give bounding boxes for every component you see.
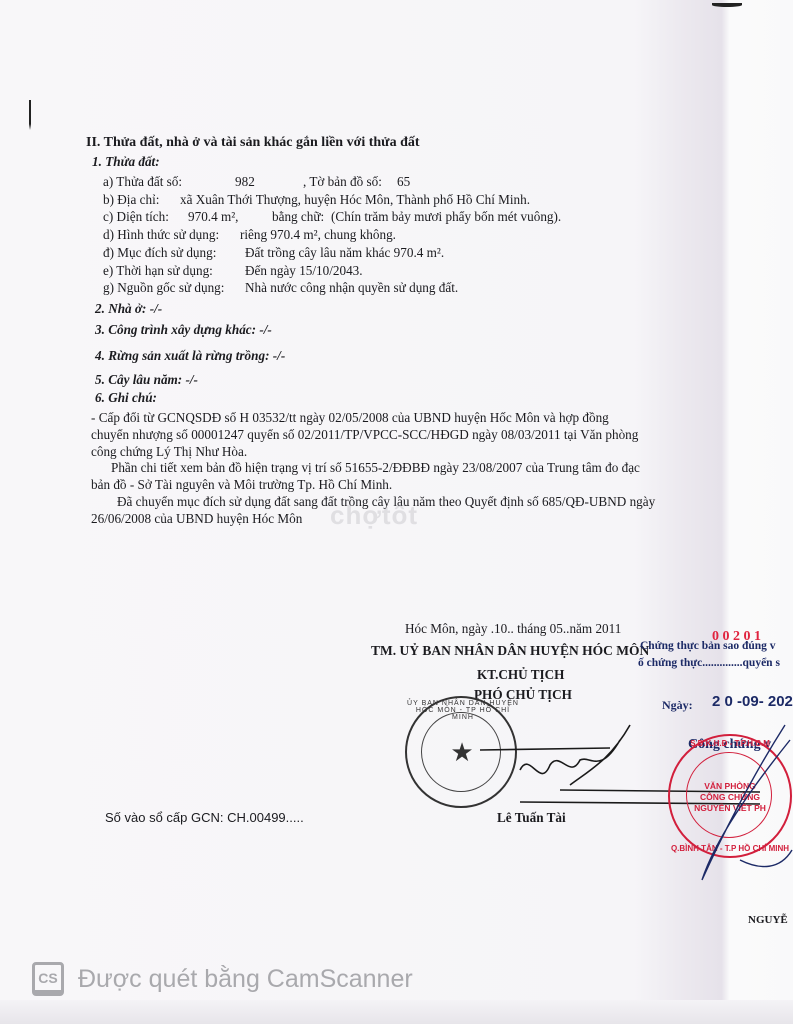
scan-artifact [712, 3, 742, 7]
other-construction-value: -/- [259, 322, 271, 337]
usage-term-value: Đến ngày 15/10/2043. [245, 263, 363, 279]
signer-title-1: KT.CHỦ TỊCH [477, 667, 564, 683]
parcel-number-row: a) Thửa đất số: [103, 174, 182, 190]
register-number: Số vào sổ cấp GCN: CH.00499..... [105, 810, 304, 826]
notes-heading: 6. Ghi chú: [95, 390, 157, 406]
issuing-authority: TM. UỶ BAN NHÂN DÂN HUYỆN HÓC MÔN [371, 643, 649, 659]
note-line: chuyển nhượng số 00001247 quyển số 02/20… [91, 427, 638, 443]
notary-date-label: Ngày: [662, 697, 693, 713]
issue-date-line: Hóc Môn, ngày .10.. tháng 05..năm 2011 [405, 621, 621, 637]
house-label: 2. Nhà ở: [95, 301, 146, 316]
other-construction-section: 3. Công trình xây dựng khác: -/- [95, 322, 272, 338]
perennial-trees-label: 5. Cây lâu năm: [95, 372, 182, 387]
planted-forest-value: -/- [273, 348, 285, 363]
section-title: II. Thửa đất, nhà ở và tài sản khác gắn … [86, 135, 420, 151]
camscanner-footer: CS Được quét bằng CamScanner [32, 962, 413, 996]
note-line: - Cấp đổi từ GCNQSDĐ số H 03532/tt ngày … [91, 410, 609, 426]
house-value: -/- [150, 301, 162, 316]
camscanner-logo-icon: CS [32, 962, 64, 996]
area-words-value: (Chín trăm bảy mươi phẩy bốn mét vuông). [331, 209, 561, 225]
usage-origin-value: Nhà nước công nhận quyền sử dụng đất. [245, 280, 458, 296]
address-value: xã Xuân Thới Thượng, huyện Hóc Môn, Thàn… [180, 192, 530, 208]
usage-term-label: e) Thời hạn sử dụng: [103, 263, 213, 279]
choto-watermark: chợtốt [330, 500, 418, 531]
parcel-number-label: a) Thửa đất số: [103, 174, 182, 189]
notary-book-line: ố chứng thực..............quyển s [638, 655, 780, 671]
page-edge-line [29, 100, 31, 700]
map-sheet-value: 65 [397, 174, 410, 190]
other-construction-label: 3. Công trình xây dựng khác: [95, 322, 256, 337]
planted-forest-section: 4. Rừng sản xuất là rừng trồng: -/- [95, 348, 285, 364]
camscanner-text: Được quét bằng CamScanner [78, 965, 413, 994]
note-line: Phần chi tiết xem bản đồ hiện trạng vị t… [111, 460, 640, 476]
notary-serial-number: 0 0 2 0 1 [712, 629, 761, 645]
note-line: công chứng Lý Thị Như Hòa. [91, 444, 247, 460]
usage-form-value: riêng 970.4 m², chung không. [240, 227, 396, 243]
parcel-number-value: 982 [235, 174, 255, 190]
notary-name-partial: NGUYỄ [748, 912, 788, 928]
planted-forest-label: 4. Rừng sản xuất là rừng trồng: [95, 348, 269, 363]
usage-purpose-label: đ) Mục đích sử dụng: [103, 245, 216, 261]
land-heading: 1. Thửa đất: [92, 154, 160, 170]
usage-purpose-value: Đất trồng cây lâu năm khác 970.4 m². [245, 245, 444, 261]
address-label: b) Địa chỉ: [103, 192, 159, 208]
scan-bottom-edge [0, 1000, 793, 1024]
area-value: 970.4 m², [188, 209, 238, 225]
perennial-trees-value: -/- [186, 372, 198, 387]
notary-signature [680, 720, 793, 890]
usage-origin-label: g) Nguồn gốc sử dụng: [103, 280, 224, 296]
perennial-trees-section: 5. Cây lâu năm: -/- [95, 372, 198, 388]
note-line: bản đồ - Sở Tài nguyên và Môi trường Tp.… [91, 477, 392, 493]
area-words-label: bằng chữ: [272, 209, 324, 225]
map-sheet-label: , Tờ bản đồ số: [303, 174, 382, 190]
signer-name: Lê Tuấn Tài [497, 810, 566, 826]
house-section: 2. Nhà ở: -/- [95, 301, 162, 317]
notary-date-value: 2 0 -09- 2024 [712, 694, 793, 710]
area-label: c) Diện tích: [103, 209, 169, 225]
note-line: 26/06/2008 của UBND huyện Hóc Môn [91, 511, 302, 527]
usage-form-label: d) Hình thức sử dụng: [103, 227, 219, 243]
